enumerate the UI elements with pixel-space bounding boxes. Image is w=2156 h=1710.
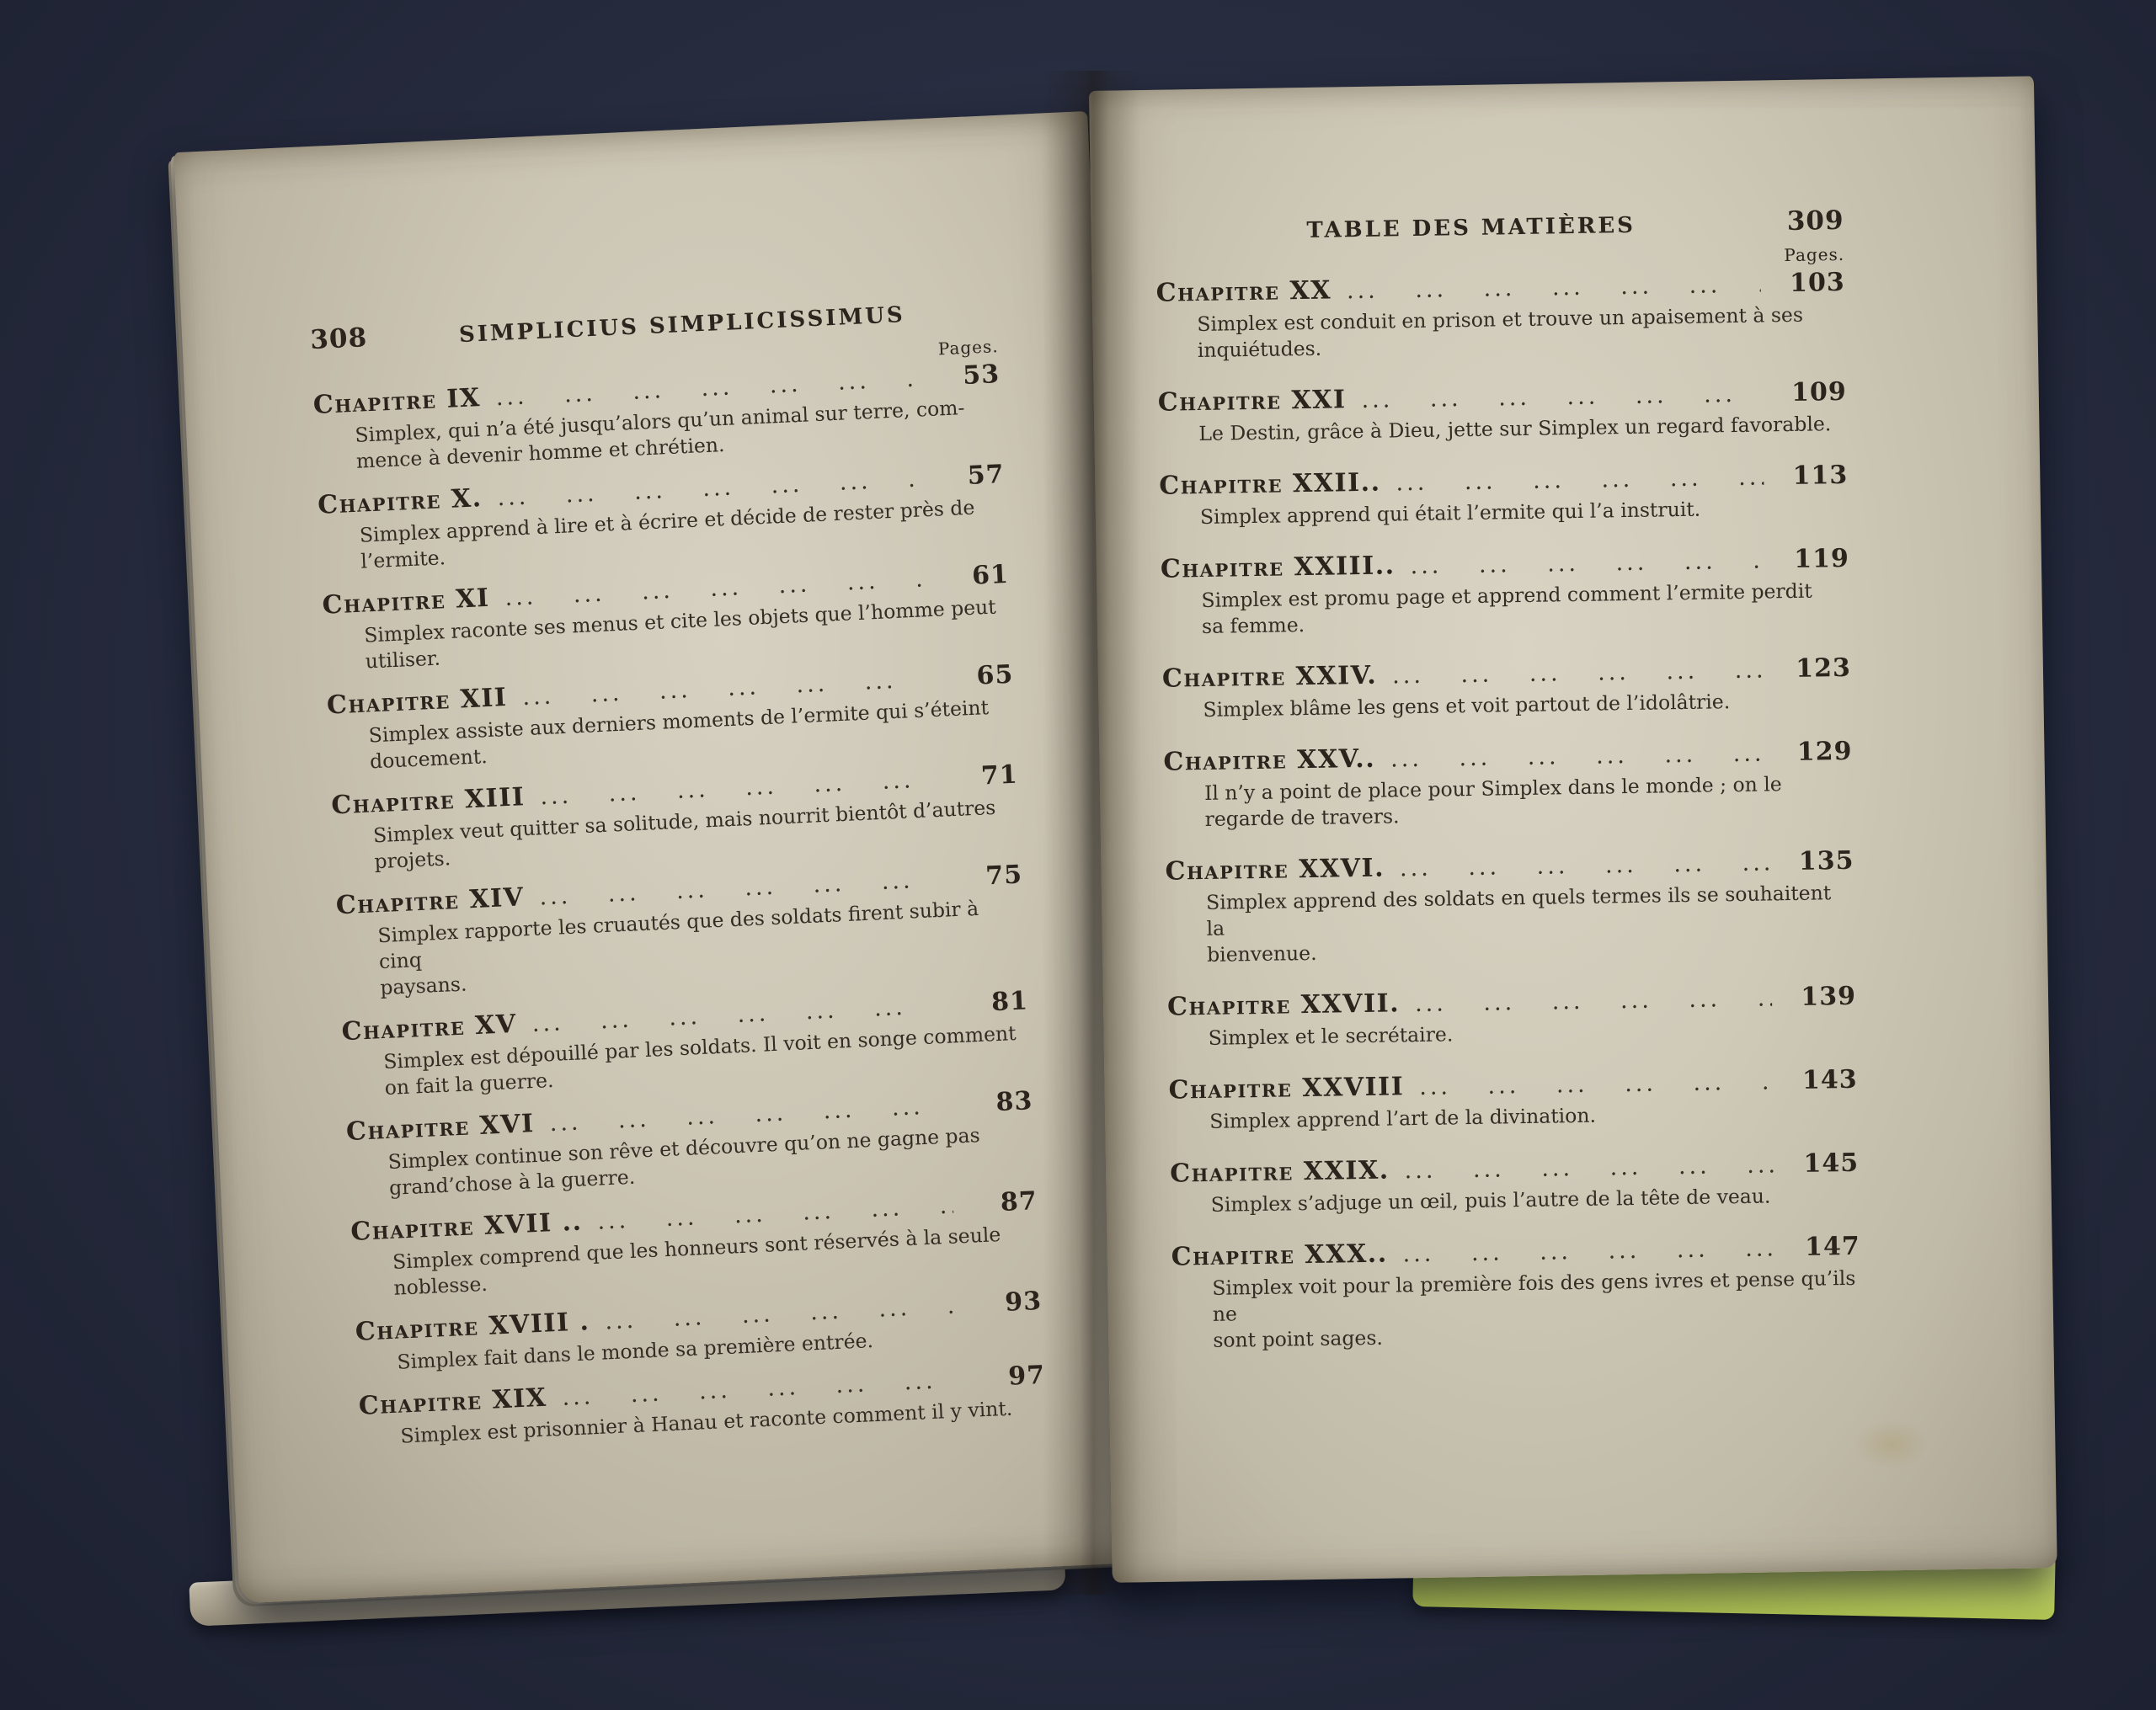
chapter-heading: Chapitre XIV [335, 882, 525, 920]
toc-entry: Chapitre XX ... ... ... ... ... ... ... … [1156, 268, 1847, 365]
chapter-summary: Simplex voit pour la première fois des g… [1212, 1265, 1861, 1354]
chapter-summary: Simplex s’adjuge un œil, puis l’autre de… [1211, 1182, 1860, 1218]
leader-dots: ... ... ... ... ... ... ... ... ... ... … [1390, 741, 1769, 773]
chapter-summary: Simplex blâme les gens et voit partout d… [1203, 687, 1851, 723]
toc-entry: Chapitre XXIX. ... ... ... ... ... ... .… [1170, 1148, 1860, 1219]
toc-entry: Chapitre XVII .. ... ... ... ... ... ...… [350, 1186, 1041, 1303]
chapter-heading: Chapitre XX [1156, 276, 1332, 308]
chapter-heading: Chapitre XII [326, 683, 508, 721]
toc-entry: Chapitre XVIII . ... ... ... ... ... ...… [355, 1286, 1043, 1377]
right-page-content: TABLE DES MATIÈRES 309 Pages. Chapitre X… [1089, 76, 2057, 1582]
right-folio-number: 309 [1787, 205, 1844, 237]
entry-page-number: 123 [1780, 653, 1852, 684]
toc-entry-line: Chapitre XX ... ... ... ... ... ... ... … [1156, 268, 1845, 308]
book-photo: 308 SIMPLICIUS SIMPLICISSIMUS Pages. Cha… [0, 0, 2156, 1710]
entry-page-number: 143 [1786, 1065, 1858, 1095]
chapter-summary: Il n’y a point de place pour Simplex dan… [1204, 770, 1854, 833]
chapter-summary: Simplex apprend des soldats en quels ter… [1206, 880, 1855, 968]
toc-entry-line: Chapitre XXX.. ... ... ... ... ... ... .… [1171, 1232, 1860, 1272]
entry-page-number: 53 [928, 360, 1001, 392]
right-running-head: TABLE DES MATIÈRES 309 [1155, 205, 1844, 247]
chapter-heading: Chapitre XI [322, 583, 490, 621]
toc-entry-line: Chapitre XXIII.. ... ... ... ... ... ...… [1161, 544, 1849, 584]
toc-entry-line: Chapitre XXV.. ... ... ... ... ... ... .… [1163, 737, 1852, 777]
right-running-title: TABLE DES MATIÈRES [1155, 210, 1787, 246]
leader-dots: ... ... ... ... ... ... ... ... ... ... … [1392, 658, 1767, 690]
chapter-heading: Chapitre XXIX. [1170, 1156, 1390, 1189]
entry-page-number: 81 [957, 986, 1029, 1019]
chapter-heading: Chapitre XXIII.. [1161, 551, 1396, 583]
entry-page-number: 139 [1785, 982, 1857, 1012]
entry-page-number: 135 [1783, 846, 1854, 876]
toc-entry-line: Chapitre XXVIII ... ... ... ... ... ... … [1168, 1065, 1857, 1105]
toc-entry: Chapitre XV ... ... ... ... ... ... ... … [341, 986, 1032, 1103]
paper-stain [1853, 1419, 1929, 1470]
entry-page-number: 83 [962, 1086, 1034, 1119]
toc-entry: Chapitre XII ... ... ... ... ... ... ...… [326, 660, 1017, 777]
chapter-summary: Simplex apprend qui était l’ermite qui l… [1200, 494, 1849, 530]
chapter-heading: Chapitre XVII .. [350, 1207, 583, 1247]
left-page: 308 SIMPLICIUS SIMPLICISSIMUS Pages. Cha… [173, 111, 1153, 1603]
entry-page-number: 87 [966, 1186, 1038, 1219]
toc-entry: Chapitre XXX.. ... ... ... ... ... ... .… [1171, 1232, 1861, 1355]
entry-page-number: 57 [933, 460, 1006, 493]
toc-entry-line: Chapitre XXIX. ... ... ... ... ... ... .… [1170, 1148, 1859, 1189]
entry-page-number: 71 [947, 760, 1019, 793]
toc-entry: Chapitre X. ... ... ... ... ... ... ... … [318, 460, 1008, 577]
entry-page-number: 75 [951, 860, 1023, 893]
entry-page-number: 113 [1777, 461, 1849, 491]
toc-entry-line: Chapitre XXI ... ... ... ... ... ... ...… [1158, 377, 1847, 418]
toc-entry: Chapitre XXV.. ... ... ... ... ... ... .… [1163, 737, 1854, 834]
toc-entry: Chapitre XIX ... ... ... ... ... ... ...… [358, 1361, 1047, 1452]
toc-entry: Chapitre XIII ... ... ... ... ... ... ..… [331, 760, 1022, 877]
toc-entry: Chapitre XI ... ... ... ... ... ... ... … [322, 560, 1012, 677]
chapter-summary: Le Destin, grâce à Dieu, jette sur Simpl… [1198, 411, 1847, 447]
leader-dots: ... ... ... ... ... ... ... ... ... ... … [1419, 1069, 1774, 1101]
chapter-heading: Chapitre XXX.. [1171, 1239, 1387, 1272]
leader-dots: ... ... ... ... ... ... ... ... ... ... … [1410, 548, 1765, 580]
chapter-summary: Simplex est conduit en prison et trouve … [1197, 301, 1846, 364]
right-page: TABLE DES MATIÈRES 309 Pages. Chapitre X… [1089, 76, 2057, 1582]
chapter-heading: Chapitre IX [312, 383, 481, 420]
chapter-heading: Chapitre XXI [1158, 385, 1347, 418]
entry-page-number: 119 [1779, 544, 1850, 574]
entry-page-number: 147 [1789, 1232, 1860, 1262]
toc-entry: Chapitre XVI ... ... ... ... ... ... ...… [345, 1086, 1036, 1203]
chapter-heading: Chapitre XIX [358, 1383, 547, 1421]
entry-page-number: 97 [974, 1361, 1046, 1393]
chapter-heading: Chapitre XVIII . [355, 1308, 590, 1348]
chapter-heading: Chapitre XXV.. [1163, 744, 1375, 777]
toc-entry-line: Chapitre XXVI. ... ... ... ... ... ... .… [1165, 846, 1854, 887]
toc-entry: Chapitre XXII.. ... ... ... ... ... ... … [1159, 461, 1849, 531]
entry-page-number: 103 [1774, 268, 1845, 298]
entry-page-number: 145 [1788, 1148, 1860, 1179]
leader-dots: ... ... ... ... ... ... ... ... ... ... … [1415, 986, 1772, 1018]
toc-entry-line: Chapitre XXIV. ... ... ... ... ... ... .… [1162, 653, 1851, 694]
chapter-heading: Chapitre X. [318, 483, 483, 520]
entry-page-number: 129 [1781, 737, 1853, 767]
entry-page-number: 65 [942, 660, 1015, 693]
left-toc-entries: Chapitre IX ... ... ... ... ... ... ... … [312, 360, 1047, 1452]
chapter-heading: Chapitre XIII [331, 782, 526, 820]
chapter-heading: Chapitre XXVIII [1168, 1072, 1404, 1105]
leader-dots: ... ... ... ... ... ... ... ... ... ... … [1361, 381, 1763, 413]
toc-entry-line: Chapitre XXVII. ... ... ... ... ... ... … [1167, 982, 1856, 1022]
toc-entry: Chapitre XXVIII ... ... ... ... ... ... … [1168, 1065, 1858, 1136]
toc-entry: Chapitre XXI ... ... ... ... ... ... ...… [1158, 377, 1848, 448]
right-toc-entries: Chapitre XX ... ... ... ... ... ... ... … [1156, 268, 1862, 1355]
toc-entry: Chapitre XIV ... ... ... ... ... ... ...… [335, 860, 1027, 1004]
leader-dots: ... ... ... ... ... ... ... ... ... ... … [1396, 465, 1764, 497]
chapter-summary: Simplex est promu page et apprend commen… [1201, 578, 1850, 640]
chapter-heading: Chapitre XV [341, 1009, 518, 1047]
chapter-summary: Simplex apprend l’art de la divination. [1209, 1099, 1858, 1135]
toc-entry: Chapitre XXIII.. ... ... ... ... ... ...… [1161, 544, 1851, 641]
toc-entry: Chapitre XXIV. ... ... ... ... ... ... .… [1162, 653, 1852, 724]
left-page-content: 308 SIMPLICIUS SIMPLICISSIMUS Pages. Cha… [173, 111, 1153, 1603]
leader-dots: ... ... ... ... ... ... ... ... ... ... … [1347, 272, 1761, 305]
chapter-summary: Simplex et le secrétaire. [1208, 1015, 1856, 1052]
entry-page-number: 109 [1775, 377, 1847, 408]
toc-entry: Chapitre XXVII. ... ... ... ... ... ... … [1167, 982, 1857, 1052]
entry-page-number: 61 [937, 560, 1010, 593]
left-folio-number: 308 [310, 322, 368, 355]
chapter-heading: Chapitre XVI [345, 1109, 535, 1147]
entry-page-number: 93 [970, 1286, 1043, 1319]
toc-entry: Chapitre XXVI. ... ... ... ... ... ... .… [1165, 846, 1855, 969]
chapter-heading: Chapitre XXII.. [1159, 468, 1381, 501]
leader-dots: ... ... ... ... ... ... ... ... ... ... … [1402, 1236, 1776, 1268]
chapter-heading: Chapitre XXIV. [1162, 661, 1378, 694]
chapter-heading: Chapitre XXVII. [1167, 989, 1401, 1022]
leader-dots: ... ... ... ... ... ... ... ... ... ... … [1404, 1153, 1774, 1185]
chapter-heading: Chapitre XXVI. [1165, 854, 1385, 887]
leader-dots: ... ... ... ... ... ... ... ... ... ... … [1400, 850, 1770, 882]
toc-entry-line: Chapitre XXII.. ... ... ... ... ... ... … [1159, 461, 1848, 501]
